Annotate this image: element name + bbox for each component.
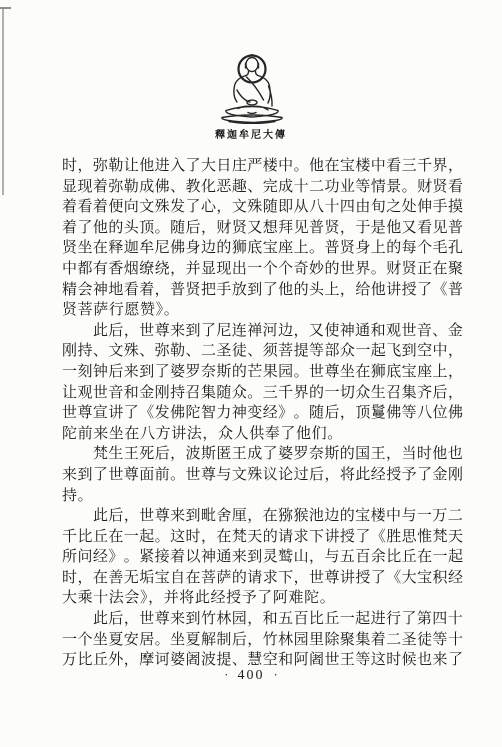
paragraph: 时，弥勒让他进入了大日庄严楼中。他在宝楼中看三千界，显现着弥勒成佛、教化恶趣、完… xyxy=(62,156,463,321)
paragraph: 此后，世尊来到了尼连禅河边，又使神通和观世音、金刚持、文殊、弥勒、二圣徒、须菩提… xyxy=(62,321,463,445)
text-line: 世尊宣讲了《发佛陀智力神变经》。随后，顶鬘佛等八位佛 xyxy=(62,403,463,424)
paragraph: 梵生王死后，波斯匿王成了婆罗奈斯的国王，当时他也来到了世尊面前。世尊与文殊议论过… xyxy=(62,444,463,506)
text-line: 时，弥勒让他进入了大日庄严楼中。他在宝楼中看三千界， xyxy=(62,156,463,177)
text-line: 贤坐在释迦牟尼佛身边的狮底宝座上。普贤身上的每个毛孔 xyxy=(62,238,463,259)
page-number-right-dot: · xyxy=(274,667,278,682)
text-line: 来到了世尊面前。世尊与文殊议论过后，将此经授予了金刚 xyxy=(62,465,463,486)
text-line: 陀前来坐在八方讲法，众人供奉了他们。 xyxy=(62,424,463,445)
text-line: 千比丘在一起。这时，在梵天的请求下讲授了《胜思惟梵天 xyxy=(62,527,463,548)
book-page: 釋迦牟尼大傳 时，弥勒让他进入了大日庄严楼中。他在宝楼中看三千界，显现着弥勒成佛… xyxy=(0,0,502,747)
text-line: 着了他的头顶。随后，财贤又想拜见普贤，于是他又看见普 xyxy=(62,218,463,239)
buddha-line-art-svg xyxy=(212,52,292,124)
text-line: 着看着便向文殊发了心，文殊随即从八十四由旬之处伸手摸 xyxy=(62,197,463,218)
text-line: 大乘十法会》，并将此经授予了阿难陀。 xyxy=(62,588,463,609)
text-line: 刚持、文殊、弥勒、二圣徒、须菩提等部众一起飞到空中， xyxy=(62,341,463,362)
text-line: 梵生王死后，波斯匿王成了婆罗奈斯的国王，当时他也 xyxy=(62,444,463,465)
page-number-value: 400 xyxy=(238,668,265,683)
text-line: 中都有香烟缭绕，并显现出一个个奇妙的世界。财贤正在聚 xyxy=(62,259,463,280)
text-line: 持。 xyxy=(62,486,463,507)
paragraph: 此后，世尊来到毗舍厘，在猕猴池边的宝楼中与一万二千比丘在一起。这时，在梵天的请求… xyxy=(62,506,463,609)
text-line: 所问经》。紧接着以神通来到灵鹫山，与五百余比丘在一起 xyxy=(62,547,463,568)
text-line: 贤菩萨行愿赞》。 xyxy=(62,300,463,321)
seated-buddha-illustration xyxy=(212,52,292,124)
page-number-left-dot: · xyxy=(224,667,228,682)
text-line: 一刻钟后来到了婆罗奈斯的芒果园。世尊坐在狮底宝座上， xyxy=(62,362,463,383)
book-title-caption: 釋迦牟尼大傳 xyxy=(0,126,502,141)
scan-artifact-edge-line xyxy=(2,9,4,195)
text-line: 一个坐夏安居。坐夏解制后，竹林园里除聚集着二圣徒等十 xyxy=(62,630,463,651)
body-text: 时，弥勒让他进入了大日庄严楼中。他在宝楼中看三千界，显现着弥勒成佛、教化恶趣、完… xyxy=(62,156,463,671)
page-number: ·400· xyxy=(0,667,502,684)
text-line: 精会神地看着，普贤把手放到了他的头上，给他讲授了《普 xyxy=(62,280,463,301)
text-line: 此后，世尊来到毗舍厘，在猕猴池边的宝楼中与一万二 xyxy=(62,506,463,527)
text-line: 显现着弥勒成佛、教化恶趣、完成十二功业等情景。财贤看 xyxy=(62,177,463,198)
text-line: 让观世音和金刚持召集随众。三千界的一切众生召集齐后， xyxy=(62,383,463,404)
text-line: 时，在善无垢宝自在菩萨的请求下，世尊讲授了《大宝积经 xyxy=(62,568,463,589)
paragraph: 此后，世尊来到竹林园，和五百比丘一起进行了第四十一个坐夏安居。坐夏解制后，竹林园… xyxy=(62,609,463,671)
text-line: 此后，世尊来到了尼连禅河边，又使神通和观世音、金 xyxy=(62,321,463,342)
text-line: 此后，世尊来到竹林园，和五百比丘一起进行了第四十 xyxy=(62,609,463,630)
